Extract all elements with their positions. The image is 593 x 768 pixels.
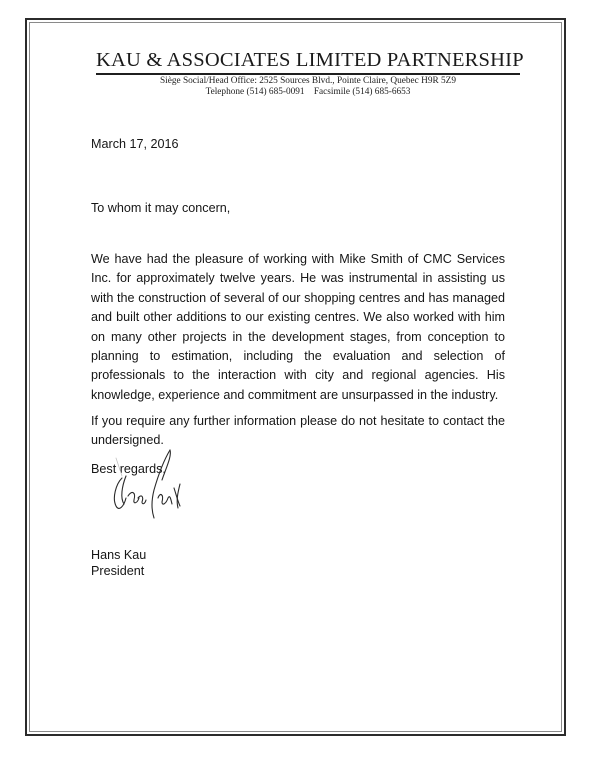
contact-numbers: Telephone (514) 685-0091 Facsimile (514)… bbox=[96, 87, 520, 98]
letterhead: KAU & ASSOCIATES LIMITED PARTNERSHIP Siè… bbox=[96, 48, 520, 98]
body-paragraph: If you require any further information p… bbox=[91, 412, 505, 451]
handwritten-signature-icon bbox=[108, 446, 198, 521]
letter-date: March 17, 2016 bbox=[91, 137, 179, 151]
letterhead-rule bbox=[96, 73, 520, 75]
office-address: Siège Social/Head Office: 2525 Sources B… bbox=[96, 76, 520, 87]
company-name: KAU & ASSOCIATES LIMITED PARTNERSHIP bbox=[96, 48, 520, 72]
body-paragraph: We have had the pleasure of working with… bbox=[91, 250, 505, 405]
signer-title: President bbox=[91, 564, 144, 578]
salutation: To whom it may concern, bbox=[91, 201, 230, 215]
signer-name: Hans Kau bbox=[91, 548, 146, 562]
